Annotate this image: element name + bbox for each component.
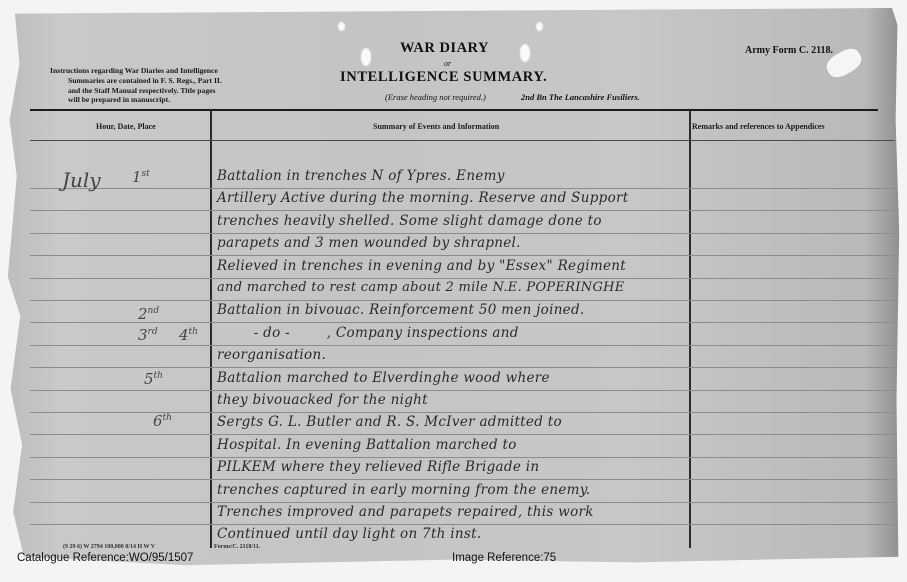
entry-line: Battalion in trenches N of Ypres. Enemy <box>217 168 505 184</box>
entry-line: Continued until day light on 7th inst. <box>217 526 481 542</box>
instructions-text: Instructions regarding War Diaries and I… <box>50 66 280 105</box>
date-2nd: 2nd <box>138 305 159 323</box>
ruled-line <box>30 457 895 458</box>
punch-hole <box>519 43 531 63</box>
ruled-line <box>30 322 895 323</box>
ruled-line <box>30 233 895 234</box>
ruled-line <box>30 140 895 141</box>
column-header-remarks: Remarks and references to Appendices <box>692 122 825 131</box>
date-month: July <box>62 168 101 192</box>
ruled-line <box>30 345 895 346</box>
title-or: or <box>444 59 451 68</box>
punch-hole <box>337 21 346 32</box>
entry-line: Battalion in bivouac. Reinforcement 50 m… <box>217 302 585 318</box>
entry-line: Hospital. In evening Battalion marched t… <box>217 437 517 453</box>
entry-line: and marched to rest camp about 2 mile N.… <box>217 280 625 295</box>
entry-line: Artillery Active during the morning. Res… <box>217 190 629 206</box>
title-intelligence-summary: INTELLIGENCE SUMMARY. <box>340 69 547 86</box>
form-code: Forms/C. 2118/11. <box>214 544 260 550</box>
ruled-line <box>30 210 895 211</box>
ruled-line <box>30 524 895 525</box>
ruled-line <box>30 255 895 256</box>
image-reference: Image Reference:75 <box>452 552 556 564</box>
entry-line: reorganisation. <box>217 347 326 363</box>
punch-hole <box>360 47 372 67</box>
print-code: (9 29 6) W 2794 100,000 8/14 H W V <box>63 544 155 550</box>
column-header-summary: Summary of Events and Information <box>373 122 499 131</box>
entry-line: trenches heavily shelled. Some slight da… <box>217 213 602 229</box>
entry-line: Sergts G. L. Butler and R. S. McIver adm… <box>217 414 562 430</box>
entry-line: trenches captured in early morning from … <box>217 482 591 498</box>
ruled-line <box>30 367 895 368</box>
ruled-line <box>30 300 895 301</box>
date-3rd: 3rd <box>138 326 158 344</box>
erase-note: (Erase heading not required.) <box>385 92 486 102</box>
punch-hole <box>535 21 544 32</box>
column-divider <box>210 110 212 548</box>
entry-line: parapets and 3 men wounded by shrapnel. <box>217 235 521 251</box>
entry-line: Trenches improved and parapets repaired,… <box>217 504 594 520</box>
header-rule <box>30 109 878 111</box>
column-divider <box>689 110 691 548</box>
date-1st: 1st <box>132 168 150 186</box>
ruled-line <box>30 502 895 503</box>
date-6th: 6th <box>153 412 172 430</box>
ruled-line <box>30 479 895 480</box>
entry-line: Battalion marched to Elverdinghe wood wh… <box>217 370 550 386</box>
entry-line: PILKEM where they relieved Rifle Brigade… <box>217 459 539 475</box>
date-4th: 4th <box>179 326 198 344</box>
ruled-line <box>30 434 895 435</box>
ruled-line <box>30 390 895 391</box>
ruled-line <box>30 188 895 189</box>
entry-line: Relieved in trenches in evening and by "… <box>217 258 626 274</box>
form-number: Army Form C. 2118. <box>745 45 833 56</box>
entry-line: they bivouacked for the night <box>217 392 428 408</box>
ruled-line <box>30 278 895 279</box>
title-war-diary: WAR DIARY <box>400 40 489 57</box>
date-5th: 5th <box>144 370 163 388</box>
catalogue-reference: Catalogue Reference:WO/95/1507 <box>17 552 193 564</box>
column-header-date-place: Hour, Date, Place <box>96 122 156 131</box>
entry-line: - do - , Company inspections and <box>217 325 519 341</box>
unit-name: 2nd Bn The Lancashire Fusiliers. <box>521 92 640 102</box>
